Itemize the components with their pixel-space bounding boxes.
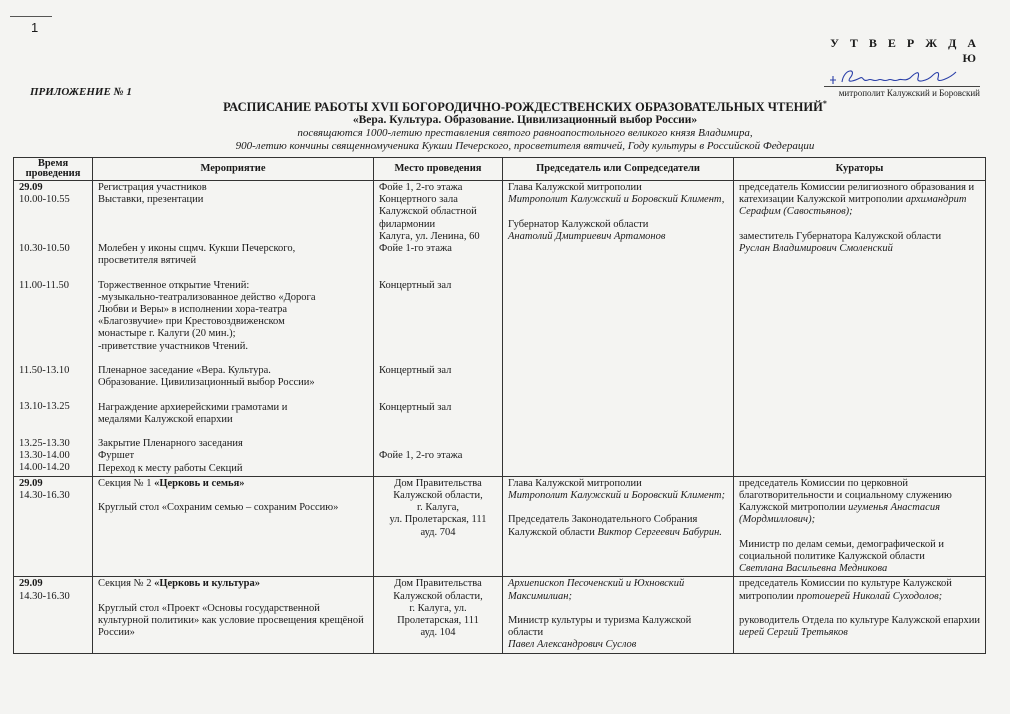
header-curators: Кураторы bbox=[734, 158, 986, 181]
chair-name: Митрополит Калужский и Боровский Климент… bbox=[508, 194, 728, 206]
table-header-row: Время проведения Мероприятие Место прове… bbox=[14, 158, 986, 181]
chair-role: Губернатор Калужской области bbox=[508, 219, 728, 231]
chair-role: Глава Калужской митрополии bbox=[508, 478, 728, 490]
place-line: ауд. 104 bbox=[379, 627, 497, 639]
place-line: Фойе 1, 2-го этажа bbox=[379, 182, 497, 194]
place-line: Дом Правительства bbox=[379, 478, 497, 490]
approval-word: У Т В Е Р Ж Д А Ю bbox=[820, 36, 980, 66]
block3-chair-cell: Архиепископ Песоченский и Юхновский Макс… bbox=[503, 577, 734, 653]
title-line-4: 900-летию кончины священномученика Кукши… bbox=[40, 140, 1010, 153]
block2-event-cell: Секция № 1 «Церковь и семья» Круглый сто… bbox=[93, 476, 374, 577]
section-name: «Церковь и семья» bbox=[154, 478, 244, 489]
page-number: 1 bbox=[31, 20, 38, 35]
block1-chair-cell: Глава Калужской митрополии Митрополит Ка… bbox=[503, 181, 734, 477]
block1-event-cell: Регистрация участников Выставки, презент… bbox=[93, 181, 374, 477]
header-time: Время проведения bbox=[14, 158, 93, 181]
block3-event-cell: Секция № 2 «Церковь и культура» Круглый … bbox=[93, 577, 374, 653]
curator-role: Министр по делам семьи, демографической … bbox=[739, 539, 980, 563]
place-line: Калужской области, bbox=[379, 490, 497, 502]
place-line: Калуга, ул. Ленина, 60 bbox=[379, 231, 497, 243]
schedule-table: Время проведения Мероприятие Место прове… bbox=[13, 157, 986, 654]
place-line: Пролетарская, 111 bbox=[379, 615, 497, 627]
title-line-1: РАСПИСАНИЕ РАБОТЫ XVII БОГОРОДИЧНО-РОЖДЕ… bbox=[223, 100, 823, 114]
table-row: 29.09 14.30-16.30 Секция № 1 «Церковь и … bbox=[14, 476, 986, 577]
event-line: Награждение архиерейскими грамотами и bbox=[98, 402, 368, 414]
place-line: Фойе 1, 2-го этажа bbox=[379, 450, 497, 462]
time-slot: 11.00-11.50 bbox=[19, 280, 87, 292]
event-line: «Благозвучие» при Крестовоздвиженском bbox=[98, 316, 368, 328]
place-line: г. Калуга, ул. bbox=[379, 603, 497, 615]
place-line: Концертного зала bbox=[379, 194, 497, 206]
place-line: ул. Пролетарская, 111 bbox=[379, 514, 497, 526]
event-line: Регистрация участников bbox=[98, 182, 368, 194]
header-place: Место проведения bbox=[374, 158, 503, 181]
table-row: 29.09 14.30-16.30 Секция № 2 «Церковь и … bbox=[14, 577, 986, 653]
approval-stamp: У Т В Е Р Ж Д А Ю митрополит Калужский и… bbox=[820, 36, 980, 98]
block2-curators-cell: председатель Комиссии по церковной благо… bbox=[734, 476, 986, 577]
curator-role: заместитель Губернатора Калужской област… bbox=[739, 231, 980, 243]
place-line: Калужской областной bbox=[379, 206, 497, 218]
event-line: Любви и Веры» в исполнении хора-театра bbox=[98, 304, 368, 316]
section-number: Секция № 2 bbox=[98, 578, 151, 589]
section-number: Секция № 1 bbox=[98, 478, 151, 489]
roundtable-title: Круглый стол «Сохраним семью – сохраним … bbox=[98, 502, 368, 514]
signature bbox=[820, 66, 980, 86]
time-slot: 13.30-14.00 bbox=[19, 450, 87, 462]
time-slot: 10.00-10.55 bbox=[19, 194, 87, 206]
block1-date: 29.09 bbox=[19, 182, 87, 194]
curator-role: руководитель Отдела по культуре Калужско… bbox=[739, 615, 980, 626]
block2-time-cell: 29.09 14.30-16.30 bbox=[14, 476, 93, 577]
event-line: -приветствие участников Чтений. bbox=[98, 341, 368, 353]
place-line: ауд. 704 bbox=[379, 527, 497, 539]
title-line-2: «Вера. Культура. Образование. Цивилизаци… bbox=[40, 114, 1010, 127]
event-line: -музыкально-театрализованное действо «До… bbox=[98, 292, 368, 304]
event-line: Молебен у иконы сщмч. Кукши Печерского, bbox=[98, 243, 368, 255]
curator-name: Светлана Васильевна Медникова bbox=[739, 563, 980, 575]
time-slot: 14.30-16.30 bbox=[19, 591, 87, 603]
event-line: Образование. Цивилизационный выбор Росси… bbox=[98, 377, 368, 389]
page-number-rule bbox=[10, 16, 52, 17]
block1-curators-cell: председатель Комиссии религиозного образ… bbox=[734, 181, 986, 477]
block3-place-cell: Дом Правительства Калужской области, г. … bbox=[374, 577, 503, 653]
curator-name: иерей Сергий Третьяков bbox=[739, 627, 848, 638]
block1-time-cell: 29.09 10.00-10.55 10.30-10.50 11.00-11.5… bbox=[14, 181, 93, 477]
header-chair: Председатель или Сопредседатели bbox=[503, 158, 734, 181]
roundtable-title: Круглый стол «Проект «Основы государстве… bbox=[98, 603, 368, 640]
event-line: Пленарное заседание «Вера. Культура. bbox=[98, 365, 368, 377]
place-line: филармонии bbox=[379, 219, 497, 231]
chair-name: Виктор Сергеевич Бабурин. bbox=[597, 527, 721, 538]
block2-date: 29.09 bbox=[19, 478, 87, 490]
header-event: Мероприятие bbox=[93, 158, 374, 181]
signature-icon bbox=[828, 66, 968, 88]
event-line: Переход к месту работы Секций bbox=[98, 463, 368, 475]
place-line: Концертный зал bbox=[379, 402, 497, 414]
block1-place-cell: Фойе 1, 2-го этажа Концертного зала Калу… bbox=[374, 181, 503, 477]
time-slot: 11.50-13.10 bbox=[19, 365, 87, 377]
chair-name: Архиепископ Песоченский и Юхновский Макс… bbox=[508, 578, 728, 602]
time-slot: 13.10-13.25 bbox=[19, 401, 87, 413]
curator-name: Руслан Владимирович Смоленский bbox=[739, 243, 980, 255]
table-row: 29.09 10.00-10.55 10.30-10.50 11.00-11.5… bbox=[14, 181, 986, 477]
block3-date: 29.09 bbox=[19, 578, 87, 590]
event-line: медалями Калужской епархии bbox=[98, 414, 368, 426]
block3-curators-cell: председатель Комиссии по культуре Калужс… bbox=[734, 577, 986, 653]
footnote-mark: * bbox=[823, 99, 827, 108]
event-line: Фуршет bbox=[98, 450, 368, 462]
curator-name: протоиерей Николай Суходолов; bbox=[796, 591, 942, 602]
event-line: Торжественное открытие Чтений: bbox=[98, 280, 368, 292]
chair-name: Анатолий Дмитриевич Артамонов bbox=[508, 231, 728, 243]
time-slot: 14.30-16.30 bbox=[19, 490, 87, 502]
document-title: РАСПИСАНИЕ РАБОТЫ XVII БОГОРОДИЧНО-РОЖДЕ… bbox=[0, 97, 1010, 153]
place-line: Концертный зал bbox=[379, 280, 497, 292]
event-line: монастыре г. Калуги (20 мин.); bbox=[98, 328, 368, 340]
place-line: Фойе 1-го этажа bbox=[379, 243, 497, 255]
section-name: «Церковь и культура» bbox=[154, 578, 260, 589]
time-slot: 13.25-13.30 bbox=[19, 438, 87, 450]
chair-name: Павел Александрович Суслов bbox=[508, 639, 728, 651]
place-line: Калужской области, bbox=[379, 591, 497, 603]
chair-name: Митрополит Калужский и Боровский Климент… bbox=[508, 490, 728, 502]
event-line: просветителя вятичей bbox=[98, 255, 368, 267]
place-line: г. Калуга, bbox=[379, 502, 497, 514]
block2-place-cell: Дом Правительства Калужской области, г. … bbox=[374, 476, 503, 577]
title-line-3: посвящаются 1000-летию преставления свят… bbox=[40, 127, 1010, 140]
place-line: Дом Правительства bbox=[379, 578, 497, 590]
event-line: Выставки, презентации bbox=[98, 194, 368, 206]
time-slot: 10.30-10.50 bbox=[19, 243, 87, 255]
chair-role: Глава Калужской митрополии bbox=[508, 182, 728, 194]
block3-time-cell: 29.09 14.30-16.30 bbox=[14, 577, 93, 653]
event-line: Закрытие Пленарного заседания bbox=[98, 438, 368, 450]
chair-role: Министр культуры и туризма Калужской обл… bbox=[508, 615, 728, 639]
time-slot: 14.00-14.20 bbox=[19, 462, 87, 474]
place-line: Концертный зал bbox=[379, 365, 497, 377]
block2-chair-cell: Глава Калужской митрополии Митрополит Ка… bbox=[503, 476, 734, 577]
